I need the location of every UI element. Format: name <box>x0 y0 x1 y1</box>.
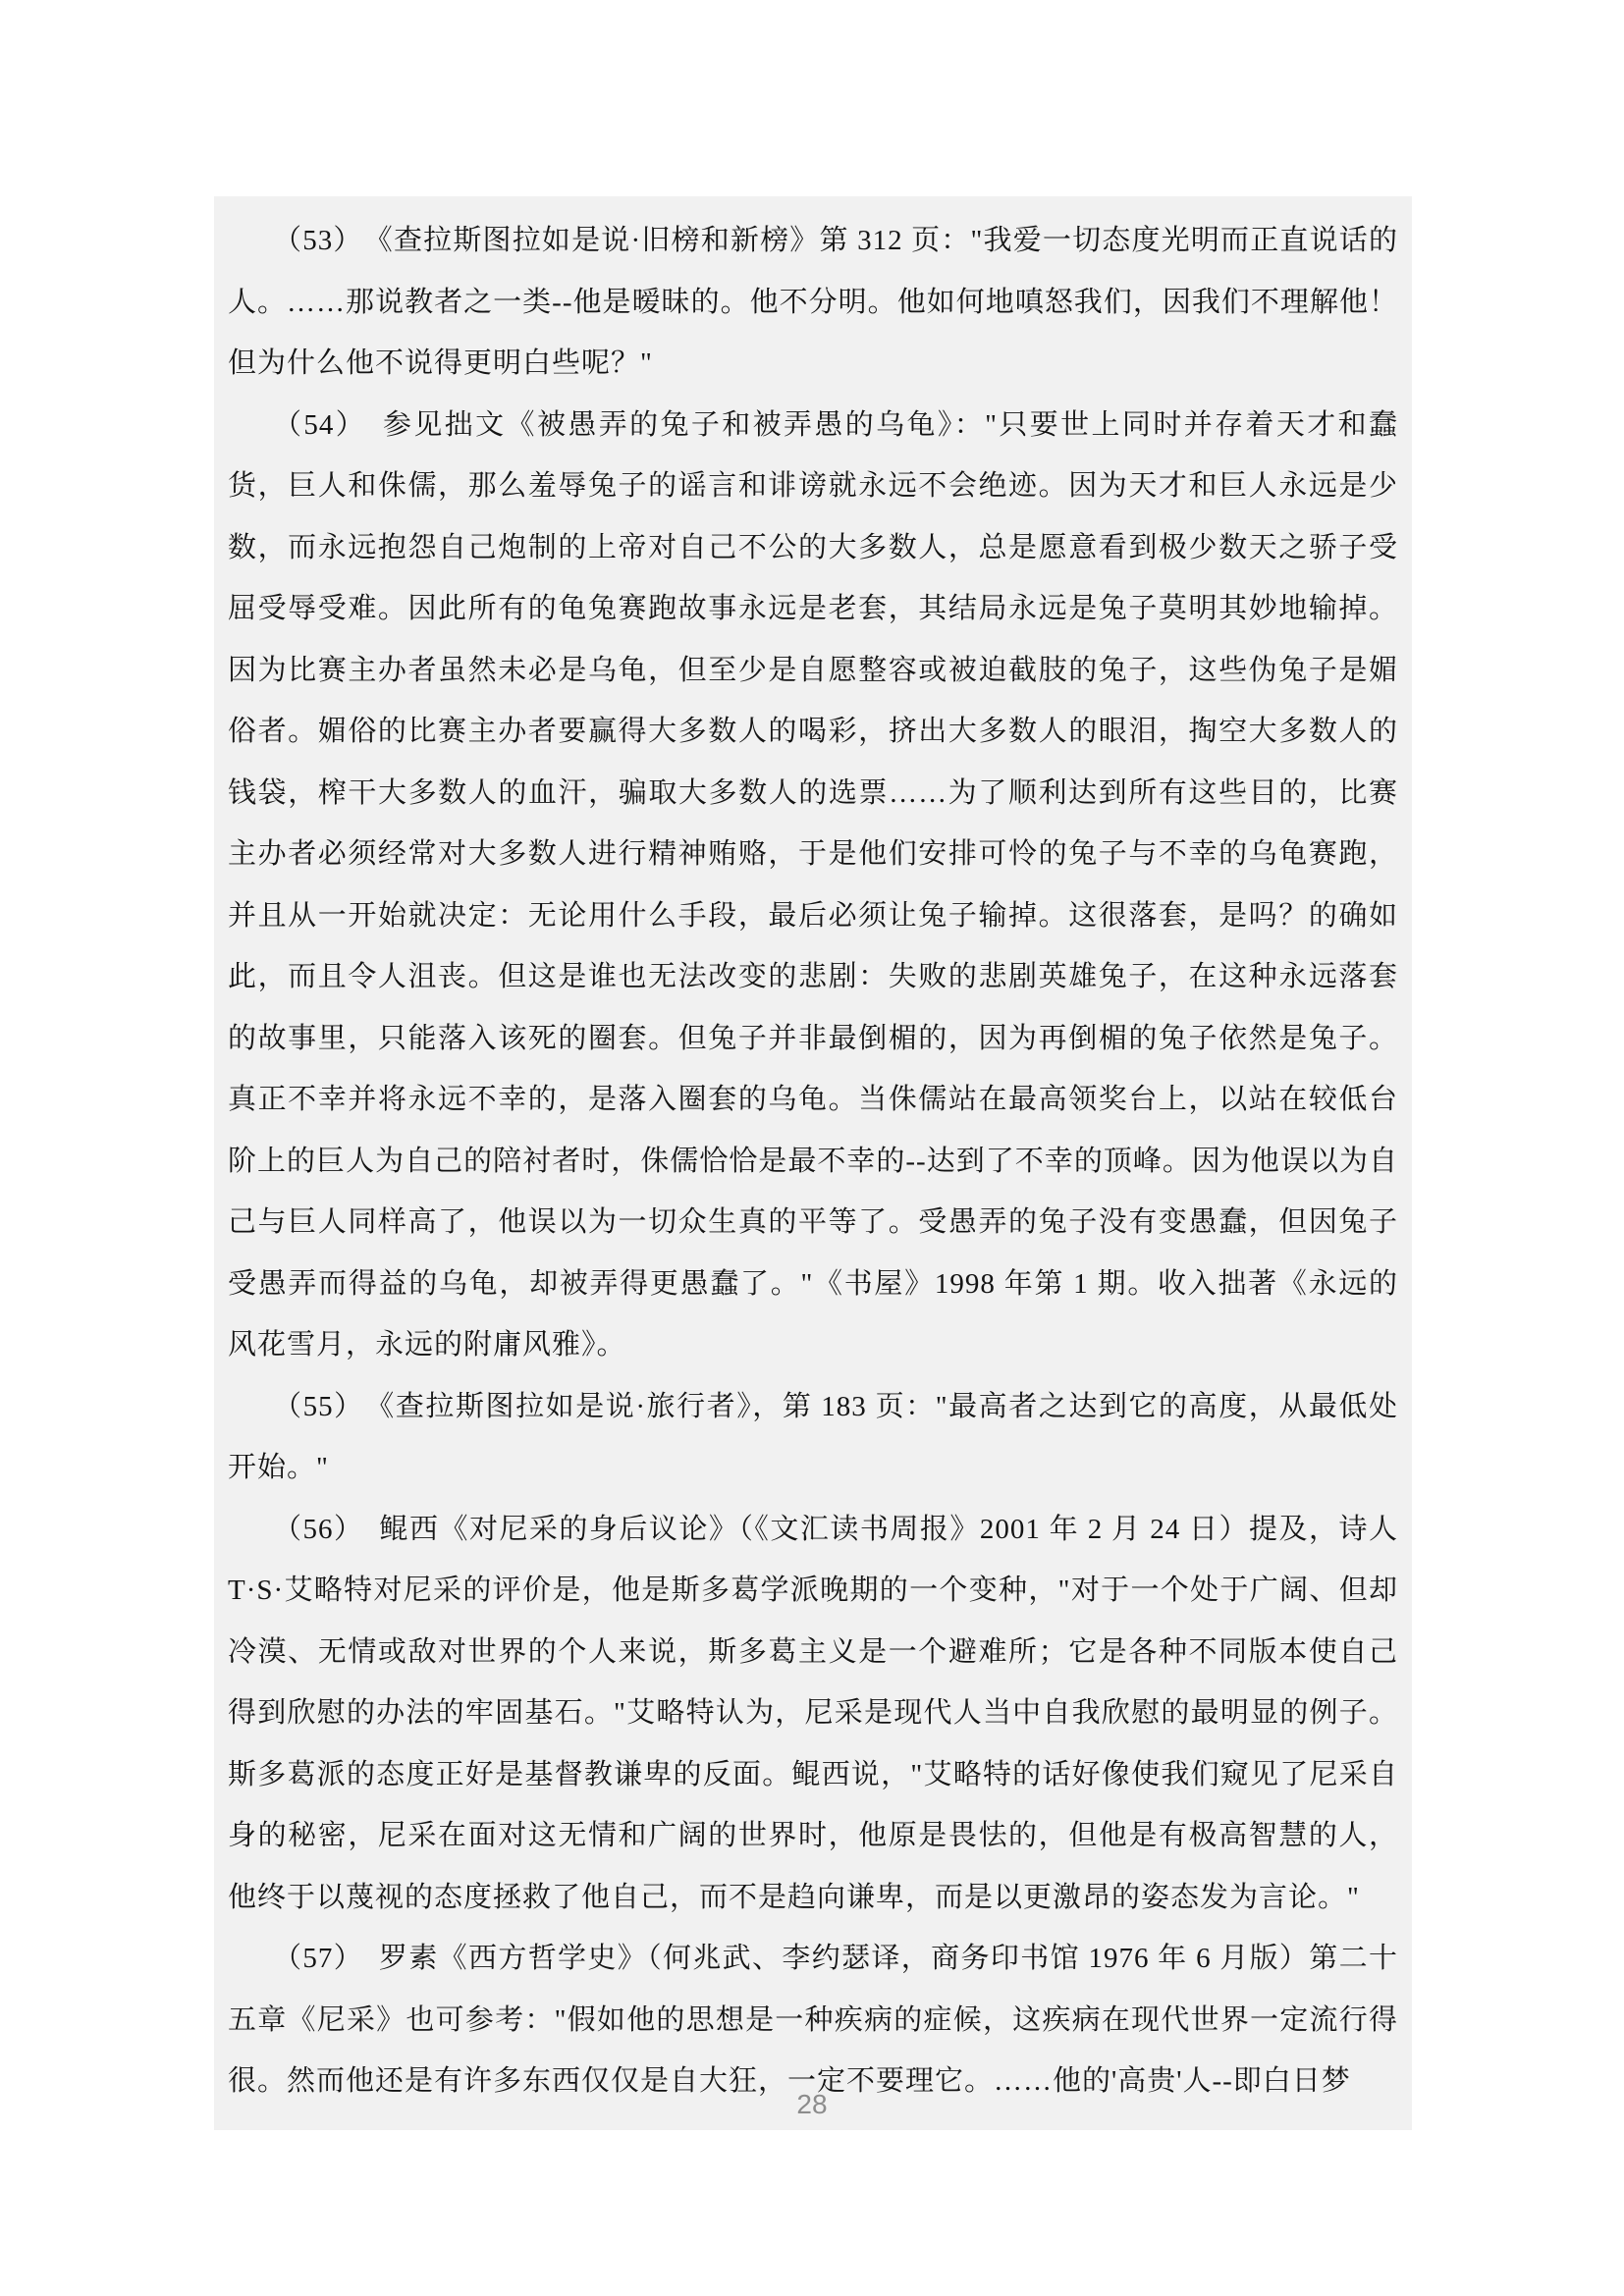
footnote-55: （55） 《查拉斯图拉如是说·旅行者》，第 183 页："最高者之达到它的高度，… <box>228 1376 1398 1499</box>
text-block: （53） 《查拉斯图拉如是说·旧榜和新榜》第 312 页："我爱一切态度光明而正… <box>214 196 1412 2130</box>
footnote-57: （57） 罗素《西方哲学史》（何兆武、李约瑟译，商务印书馆 1976 年 6 月… <box>228 1928 1398 2112</box>
document-page: （53） 《查拉斯图拉如是说·旧榜和新榜》第 312 页："我爱一切态度光明而正… <box>0 0 1624 2296</box>
footnote-54: （54） 参见拙文《被愚弄的兔子和被弄愚的乌龟》："只要世上同时并存着天才和蠢货… <box>228 395 1398 1376</box>
footnote-53: （53） 《查拉斯图拉如是说·旧榜和新榜》第 312 页："我爱一切态度光明而正… <box>228 210 1398 395</box>
page-number: 28 <box>0 2089 1624 2120</box>
footnote-56: （56） 鲲西《对尼采的身后议论》（《文汇读书周报》2001 年 2 月 24 … <box>228 1499 1398 1929</box>
